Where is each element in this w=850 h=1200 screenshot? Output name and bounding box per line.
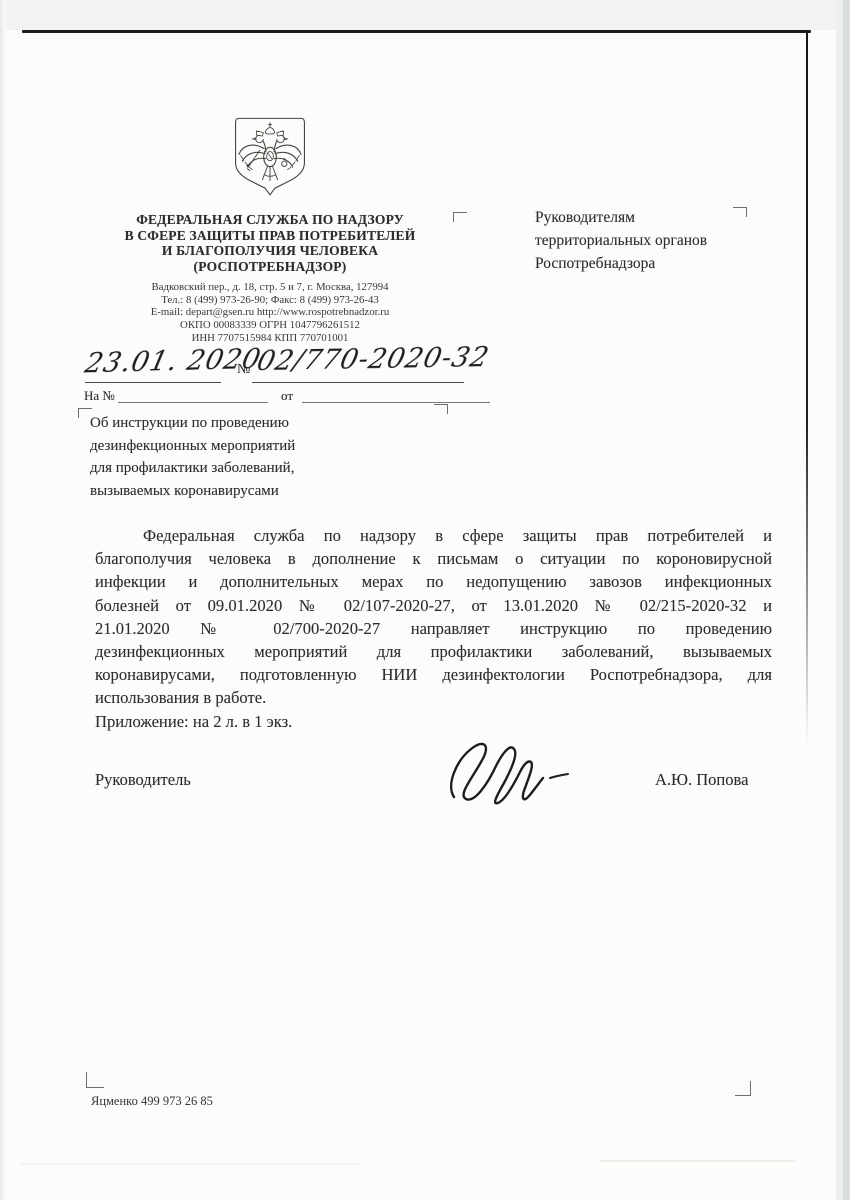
- handwritten-signature: [438, 733, 578, 811]
- body-line: Федеральная служба по надзору в сфере за…: [95, 524, 772, 547]
- reply-number-blank: [118, 402, 268, 403]
- scan-right-soft-edge: [836, 0, 843, 1200]
- org-phone-fax: Тел.: 8 (499) 973-26-90; Факс: 8 (499) 9…: [70, 294, 470, 307]
- signer-name: А.Ю. Попова: [655, 770, 748, 790]
- signer-title: Руководитель: [95, 770, 191, 790]
- org-name-line: (РОСПОТРЕБНАДЗОР): [80, 259, 460, 275]
- date-underline: [85, 382, 221, 383]
- addressee-corner-mark: [453, 212, 467, 222]
- body-line: коронавирусами, подготовленную НИИ дезин…: [95, 663, 772, 686]
- footer-corner-mark: [86, 1072, 104, 1088]
- letter-body: Федеральная служба по надзору в сфере за…: [95, 524, 772, 733]
- scan-top-margin: [0, 0, 850, 30]
- org-email-site: E-mail: depart@gsen.ru http://www.rospot…: [70, 306, 470, 319]
- reply-date-blank: [302, 402, 490, 403]
- executor-contact: Яцменко 499 973 26 85: [91, 1094, 213, 1109]
- scan-smudge: [20, 1163, 360, 1165]
- scan-left-shadow: [0, 0, 6, 1200]
- subject-line: Об инструкции по проведению: [90, 412, 420, 435]
- org-name-block: ФЕДЕРАЛЬНАЯ СЛУЖБА ПО НАДЗОРУ В СФЕРЕ ЗА…: [80, 212, 460, 274]
- org-address: Вадковский пер., д. 18, стр. 5 и 7, г. М…: [70, 281, 470, 294]
- handwritten-outgoing-number: 02/770-2020-32: [254, 342, 492, 377]
- attachment-note: Приложение: на 2 л. в 1 экз.: [95, 710, 772, 733]
- body-line: использования в работе.: [95, 686, 772, 709]
- body-line: дезинфекционных мероприятий для профилак…: [95, 640, 772, 663]
- footer-corner-mark: [735, 1081, 751, 1096]
- body-line: благополучия человека в дополнение к пис…: [95, 547, 772, 570]
- org-okpo-ogrn: ОКПО 00083339 ОГРН 1047796261512: [70, 319, 470, 332]
- scan-smudge: [600, 1160, 795, 1162]
- subject-line: дезинфекционных мероприятий: [90, 435, 420, 458]
- addressee-line: Руководителям: [535, 206, 765, 229]
- subject-corner-mark: [434, 404, 448, 414]
- subject-line: вызываемых коронавирусами: [90, 480, 420, 503]
- scanned-letter-page: ФЕДЕРАЛЬНАЯ СЛУЖБА ПО НАДЗОРУ В СФЕРЕ ЗА…: [0, 0, 850, 1200]
- scan-right-strip: [843, 0, 850, 1200]
- addressee-block: Руководителям территориальных органов Ро…: [535, 206, 765, 275]
- body-line: инфекции и дополнительных мерах по недоп…: [95, 570, 772, 593]
- subject-line: для профилактики заболеваний,: [90, 457, 420, 480]
- scan-right-edge-line: [806, 31, 808, 746]
- org-name-line: В СФЕРЕ ЗАЩИТЫ ПРАВ ПОТРЕБИТЕЛЕЙ: [80, 228, 460, 244]
- addressee-line: территориальных органов: [535, 229, 765, 252]
- number-underline: [252, 382, 464, 383]
- org-contact-block: Вадковский пер., д. 18, стр. 5 и 7, г. М…: [70, 281, 470, 345]
- body-line: 21.01.2020 № 02/700-2020-27 направляет и…: [95, 617, 772, 640]
- russian-coat-of-arms-icon: [228, 114, 312, 200]
- reply-from-label: от: [281, 388, 293, 404]
- scan-top-edge-line: [22, 30, 811, 33]
- number-sign-label: №: [237, 362, 250, 378]
- body-line: болезней от 09.01.2020 № 02/107-2020-27,…: [95, 594, 772, 617]
- org-name-line: ФЕДЕРАЛЬНАЯ СЛУЖБА ПО НАДЗОРУ: [80, 212, 460, 228]
- org-name-line: И БЛАГОПОЛУЧИЯ ЧЕЛОВЕКА: [80, 243, 460, 259]
- subject-block: Об инструкции по проведению дезинфекцион…: [90, 412, 420, 502]
- addressee-line: Роспотребнадзора: [535, 252, 765, 275]
- reply-number-label: На №: [84, 388, 115, 404]
